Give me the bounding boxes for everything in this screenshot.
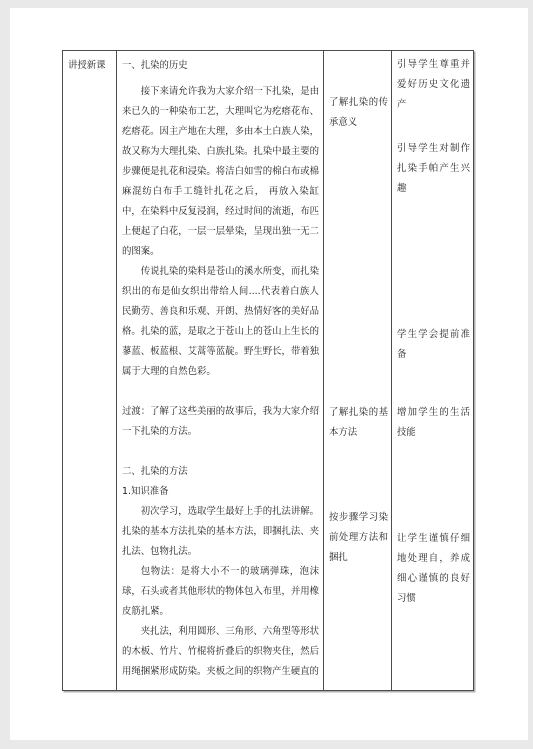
paragraph: 初次学习，选取学生最好上手的扎法讲解。扎染的基本方法扎染的基本方法，即捆扎法、夹… xyxy=(122,502,319,562)
paragraph: 接下来请允许我为大家介绍一下扎染，是由来已久的一种染布工艺，大理叫它为疙瘩花布、… xyxy=(122,82,319,262)
lesson-plan-table: 讲授新课 一、扎染的历史接下来请允许我为大家介绍一下扎染，是由来已久的一种染布工… xyxy=(62,50,474,691)
content-cell: 一、扎染的历史接下来请允许我为大家介绍一下扎染，是由来已久的一种染布工艺，大理叫… xyxy=(116,51,323,690)
paragraph: 一、扎染的历史 xyxy=(122,56,319,76)
intent-note: 引导学生尊重并爱好历史文化遗产 xyxy=(397,55,470,115)
document-viewport: 讲授新课 一、扎染的历史接下来请允许我为大家介绍一下扎染，是由来已久的一种染布工… xyxy=(0,0,533,749)
stage-cell: 讲授新课 xyxy=(63,51,116,690)
paragraph: 1.知识准备 xyxy=(122,482,319,502)
purpose-note: 了解扎染的基本方法 xyxy=(329,403,388,443)
document-page: 讲授新课 一、扎染的历史接下来请允许我为大家介绍一下扎染，是由来已久的一种染布工… xyxy=(10,8,528,740)
stage-label: 讲授新课 xyxy=(68,56,113,76)
paragraph: 夹扎法，利用圆形、三角形、六角型等形状的木板、竹片、竹棍将折叠后的织物夹住，然后… xyxy=(122,622,319,682)
intent-note: 引导学生对制作扎染手帕产生兴趣 xyxy=(397,139,470,199)
paragraph-spacer xyxy=(122,382,319,402)
paragraph: 包物法：是将大小不一的玻璃弹珠，泡沫球，石头或者其他形状的物体包入布里，并用橡皮… xyxy=(122,562,319,622)
intent-note: 让学生谨慎仔细地处理自，养成细心谨慎的良好习惯 xyxy=(397,529,470,609)
paragraph: 二、扎染的方法 xyxy=(122,462,319,482)
paragraph: 传说扎染的染料是苍山的溪水所变，而扎染织出的布是仙女织出带给人间....代表着白… xyxy=(122,262,319,382)
intent-note: 增加学生的生活技能 xyxy=(397,403,470,443)
purpose-note: 了解扎染的传承意义 xyxy=(329,93,388,133)
intent-cell: 引导学生尊重并爱好历史文化遗产引导学生对制作扎染手帕产生兴趣学生学会提前准备增加… xyxy=(391,51,473,690)
purpose-note: 按步骤学习染前处理方法和捆扎 xyxy=(329,508,388,568)
paragraph: 过渡：了解了这些美丽的故事后，我为大家介绍一下扎染的方法。 xyxy=(122,402,319,442)
intent-note: 学生学会提前准备 xyxy=(397,325,470,365)
purpose-cell: 了解扎染的传承意义了解扎染的基本方法按步骤学习染前处理方法和捆扎 xyxy=(323,51,391,690)
paragraph-spacer xyxy=(122,442,319,462)
